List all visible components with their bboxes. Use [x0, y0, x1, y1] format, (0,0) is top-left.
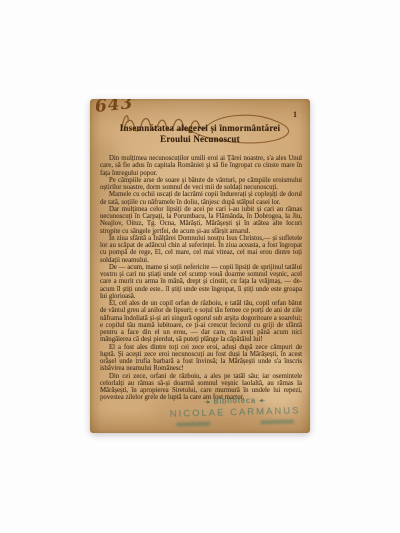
- paragraph: El a fost ales dintre toți cei zece eroi…: [100, 344, 302, 373]
- paragraph: Dar mulțimea celor lipsiți de acei pe ca…: [100, 206, 302, 235]
- library-stamp: -▸ Biblioteca ◂- NICOLAE CARMANUS: [162, 394, 309, 430]
- paragraph: Mamele cu ochii uscați de lacrămi copii …: [100, 191, 302, 206]
- paragraph: De — acum, mame și soții nefericite — co…: [100, 264, 302, 300]
- title-line-1: Insemnătatea alegerei și înmormântărei: [120, 123, 281, 133]
- stamp-illegible-fragment: [176, 422, 210, 427]
- paragraph: Din mulțimea necunoscuților umili eroi a…: [100, 155, 302, 177]
- stamp-illegible-fragment: [260, 419, 294, 424]
- paragraph: El, cel ales de un copil orfan de război…: [100, 300, 302, 344]
- page-number: 1: [293, 110, 297, 119]
- document-body: Din mulțimea necunoscuților umili eroi a…: [100, 155, 302, 402]
- photo-background: 643 1 Insemnătatea alegerei și înmormânt…: [0, 0, 400, 533]
- title-line-2: Eroului Necunoscut: [160, 134, 240, 144]
- document-page: 643 1 Insemnătatea alegerei și înmormânt…: [90, 99, 310, 433]
- stamp-illegible-line: [162, 419, 308, 430]
- stamp-label: Biblioteca: [213, 395, 256, 405]
- document-title: Insemnătatea alegerei și înmormântărei E…: [98, 123, 302, 145]
- paragraph: Pe câmpiile arse de soare și bătute de v…: [100, 177, 302, 192]
- stamp-arrow-right-icon: ◂-: [259, 397, 265, 404]
- stamp-arrow-left-icon: -▸: [204, 399, 210, 406]
- paragraph: În ziua sfântă a Înălțărei Domnului nost…: [100, 235, 302, 264]
- stamp-owner-name: NICOLAE CARMANUS: [162, 405, 308, 420]
